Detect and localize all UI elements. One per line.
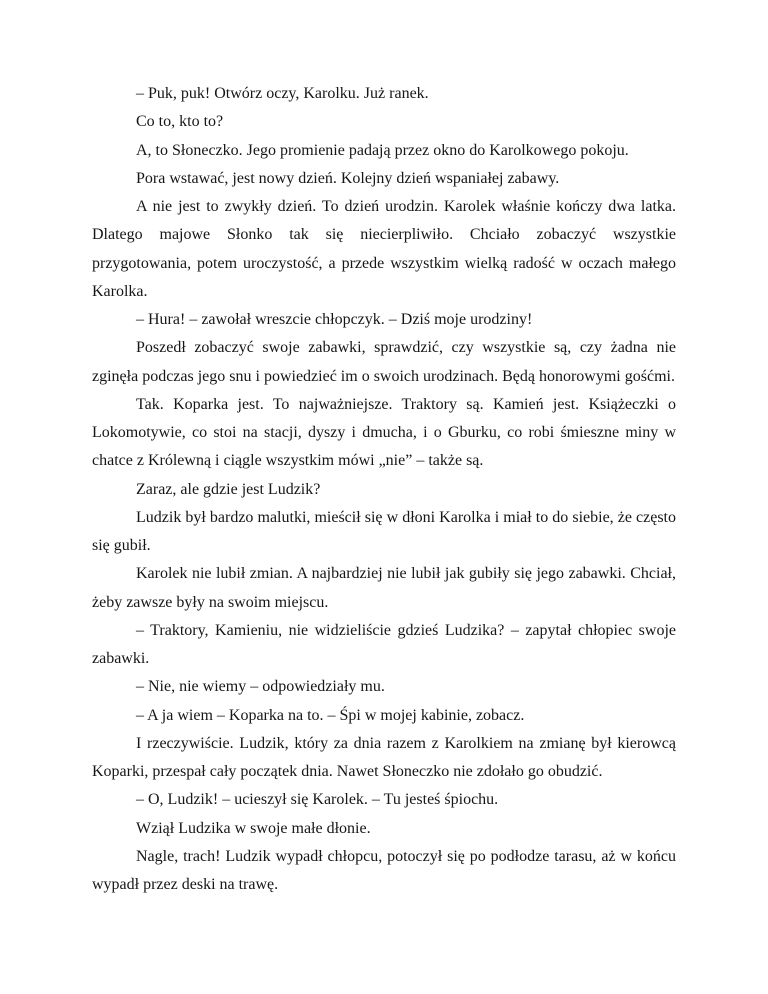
paragraph: Pora wstawać, jest nowy dzień. Kolejny d… [92,165,676,193]
paragraph: – Hura! – zawołał wreszcie chłopczyk. – … [92,306,676,334]
paragraph: – Puk, puk! Otwórz oczy, Karolku. Już ra… [92,80,676,108]
paragraph: I rzeczywiście. Ludzik, który za dnia ra… [92,730,676,787]
paragraph: Tak. Koparka jest. To najważniejsze. Tra… [92,391,676,476]
paragraph: A, to Słoneczko. Jego promienie padają p… [92,137,676,165]
paragraph: – Traktory, Kamieniu, nie widzieliście g… [92,617,676,674]
paragraph: Wziął Ludzika w swoje małe dłonie. [92,815,676,843]
paragraph: Co to, kto to? [92,108,676,136]
paragraph: Ludzik był bardzo malutki, mieścił się w… [92,504,676,561]
paragraph: – Nie, nie wiemy – odpowiedziały mu. [92,673,676,701]
paragraph: Karolek nie lubił zmian. A najbardziej n… [92,560,676,617]
paragraph: – O, Ludzik! – ucieszył się Karolek. – T… [92,786,676,814]
document-page: – Puk, puk! Otwórz oczy, Karolku. Już ra… [92,80,676,899]
paragraph: – A ja wiem – Koparka na to. – Śpi w moj… [92,702,676,730]
paragraph: A nie jest to zwykły dzień. To dzień uro… [92,193,676,306]
paragraph: Zaraz, ale gdzie jest Ludzik? [92,476,676,504]
paragraph: Poszedł zobaczyć swoje zabawki, sprawdzi… [92,334,676,391]
paragraph: Nagle, trach! Ludzik wypadł chłopcu, pot… [92,843,676,900]
